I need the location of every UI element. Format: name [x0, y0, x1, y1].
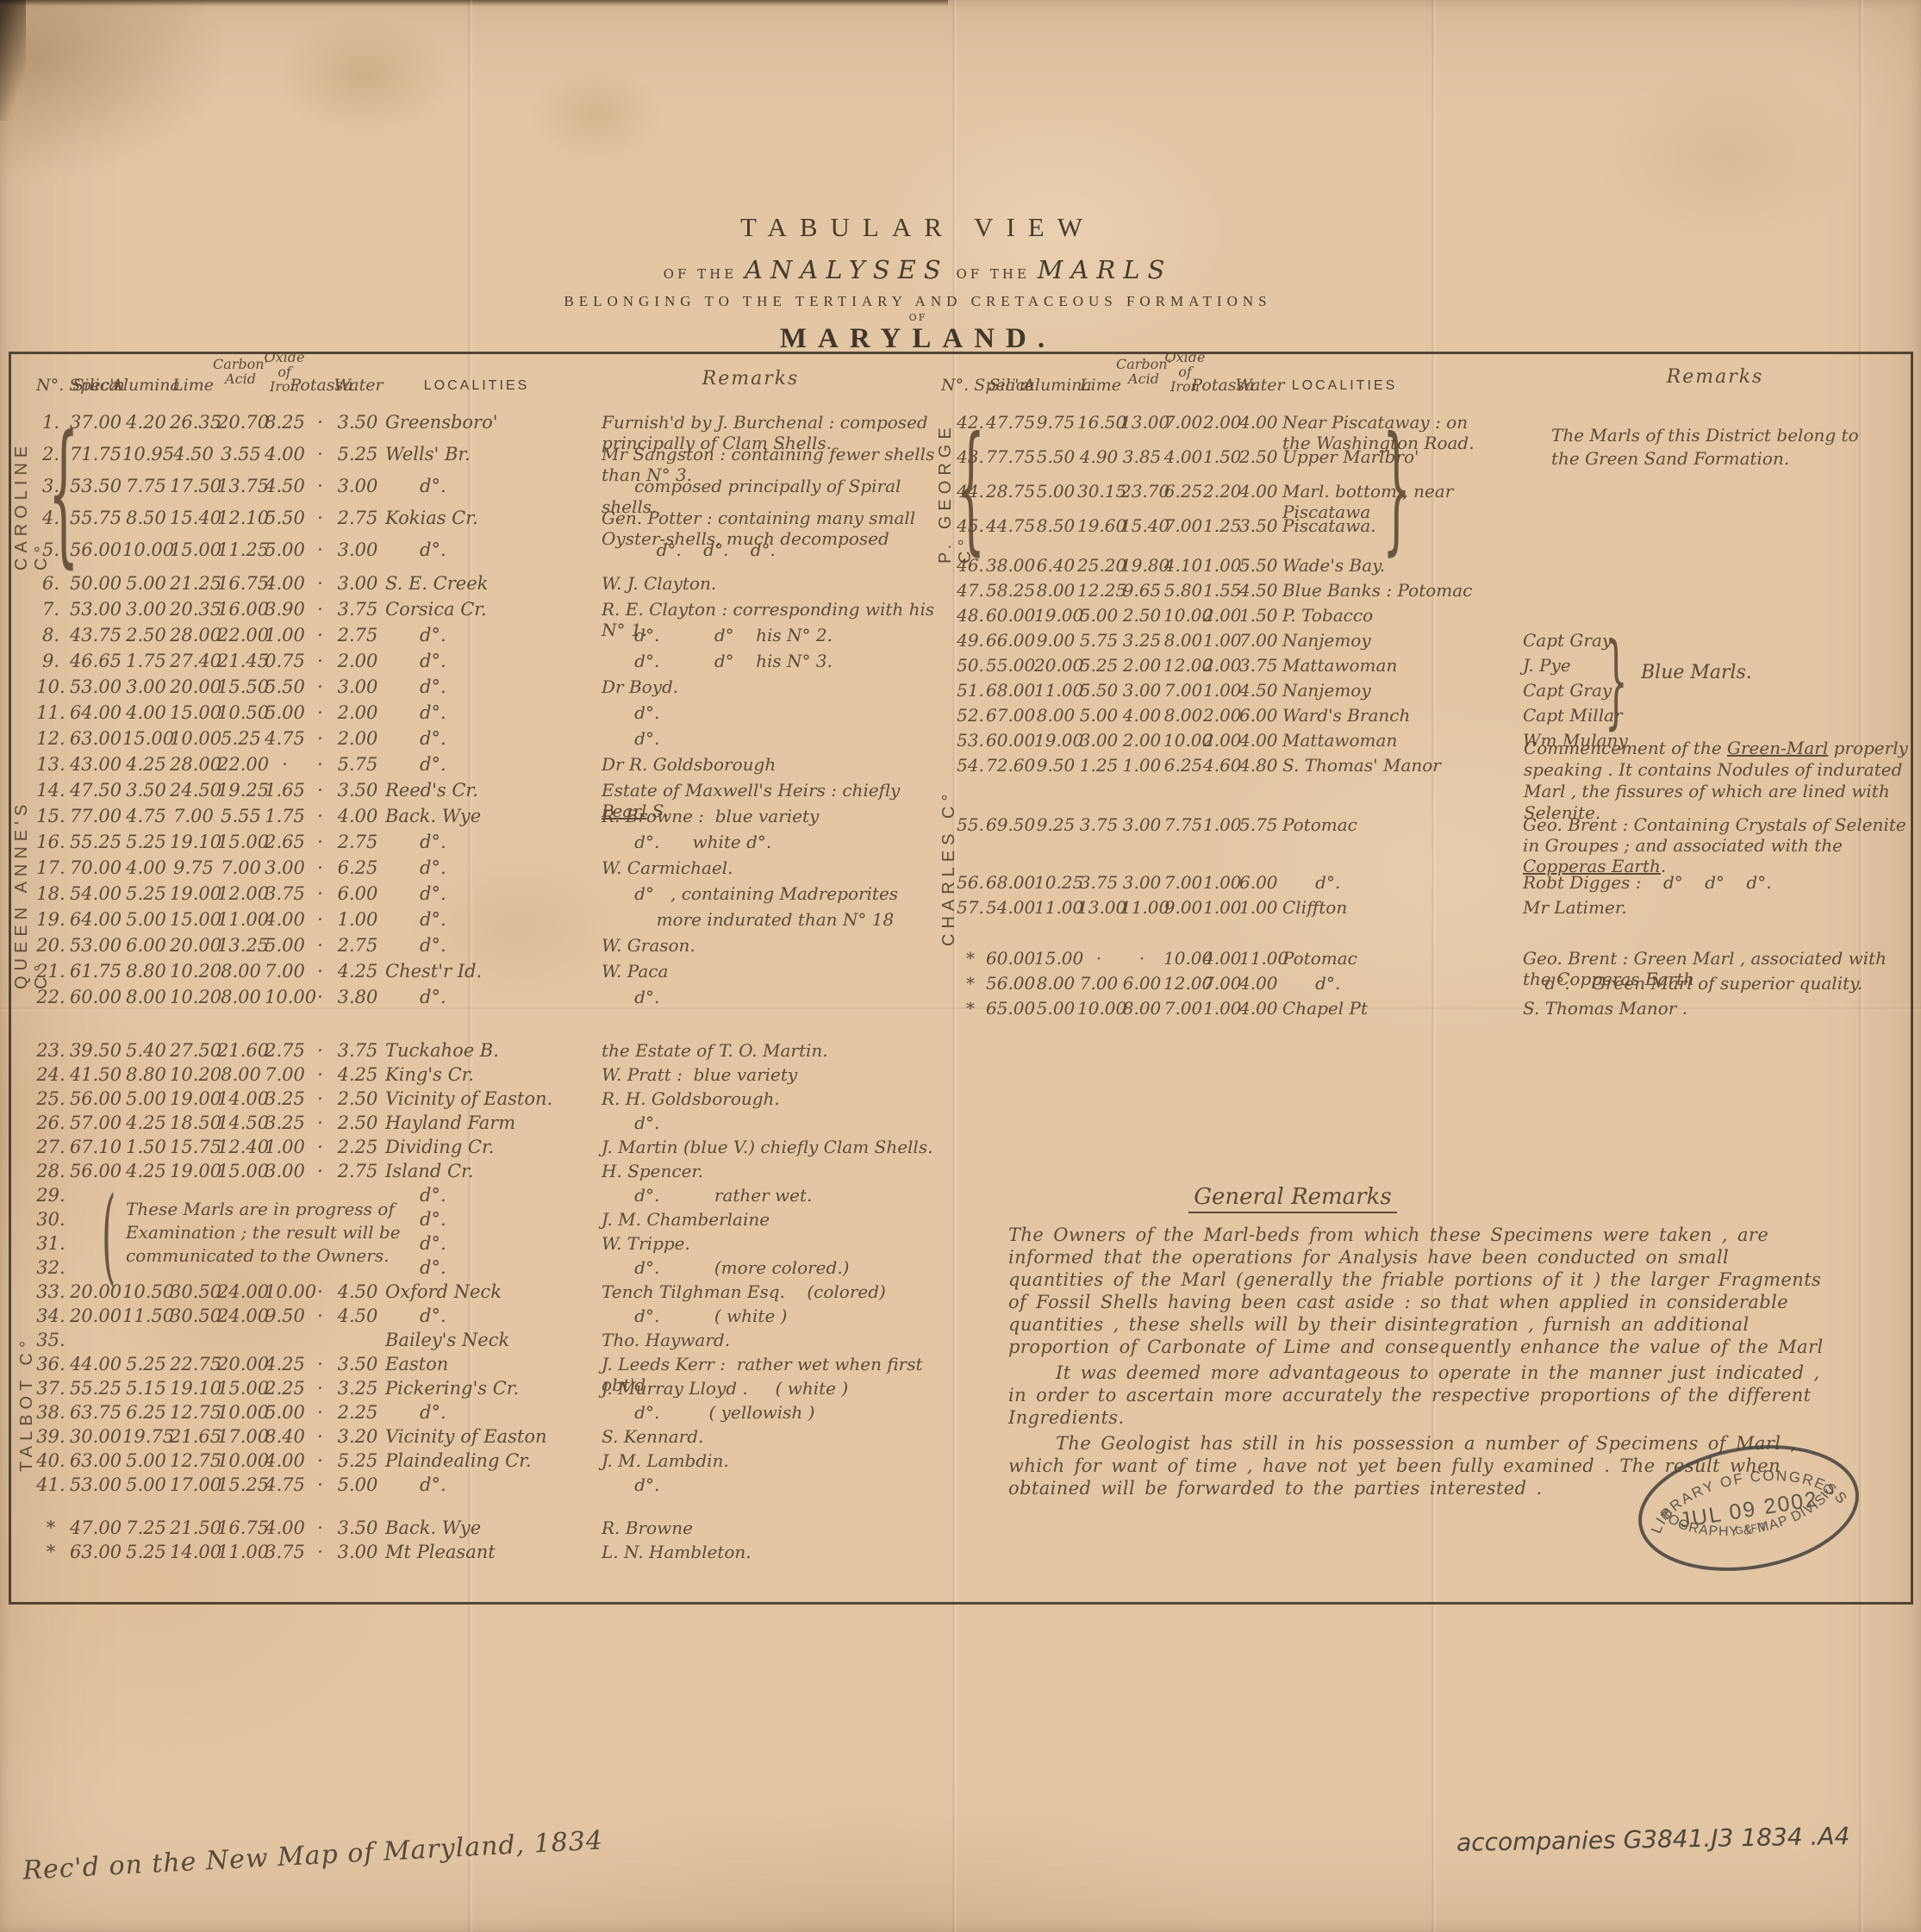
cell-lime: 10.20 [170, 961, 217, 982]
cell-silica: 70.00 [69, 857, 122, 878]
table-row: 13.43.004.2528.0022.00··5.75 d°.Dr R. Go… [33, 754, 946, 780]
cell-acid: 11.00 [217, 909, 265, 930]
cell-iron: 7.00 [1163, 680, 1203, 701]
cell-iron: 3.75 [265, 1542, 305, 1562]
cell-iron: 3.25 [265, 1112, 305, 1133]
cell-lime: 9.75 [170, 857, 217, 878]
cell-remark: d°. [574, 1112, 946, 1133]
cell-no: 46. [955, 555, 986, 576]
cell-silica: 28.75 [986, 481, 1034, 502]
cell-silica: 55.75 [69, 508, 122, 528]
cell-iron: 5.80 [1163, 580, 1203, 601]
general-remarks-p1: The Owners of the Marl-beds from which t… [1008, 1224, 1832, 1358]
cell-potassa: · [305, 1450, 335, 1471]
cell-remark: J. Martin (blue V.) chiefly Clam Shells. [574, 1137, 946, 1157]
cell-alumina: 5.00 [122, 1474, 170, 1495]
cell-potassa: · [305, 1137, 335, 1157]
cell-iron: 3.00 [265, 857, 305, 878]
cell-acid: 3.85 [1120, 446, 1163, 467]
cell-alumina: 10.95 [122, 444, 170, 464]
cell-no: 31. [33, 1233, 69, 1254]
page-subtitle-2: BELONGING TO THE TERTIARY AND CRETACEOUS… [358, 293, 1478, 310]
cell-alumina: 5.40 [122, 1040, 170, 1061]
cell-no: 5. [33, 539, 69, 560]
cell-acid: 8.00 [217, 961, 265, 982]
cell-remark: R. H. Goldsborough. [574, 1088, 946, 1109]
cell-iron: 10.00 [1163, 730, 1203, 751]
cell-iron: 10.00 [265, 987, 305, 1007]
cell-alumina: 4.00 [122, 857, 170, 878]
cell-iron: 2.25 [265, 1378, 305, 1399]
cell-acid: 21.60 [217, 1040, 265, 1061]
green-sand-note: The Marls of this District belong to the… [1551, 424, 1879, 471]
cell-silica: 43.75 [69, 625, 122, 645]
cell-silica: 60.00 [986, 605, 1034, 626]
cell-silica: 54.00 [986, 897, 1034, 918]
cell-silica: 43.00 [69, 754, 122, 775]
cell-no: 13. [33, 754, 69, 775]
table-row: 5.56.0010.0015.0011.255.00·3.00 d°. d°. … [33, 539, 946, 571]
cell-alumina: 6.25 [122, 1402, 170, 1423]
cell-iron: 1.65 [265, 780, 305, 801]
cell-lime: 20.00 [170, 935, 217, 956]
cell-iron: 4.00 [265, 573, 305, 594]
cell-alumina: 5.25 [122, 832, 170, 852]
cell-no: 41. [33, 1474, 69, 1495]
cell-locality: Blue Banks : Potomac [1277, 580, 1475, 601]
cell-remark: Tho. Hayward. [574, 1330, 946, 1350]
table-row: 36.44.005.2522.7520.004.25·3.50EastonJ. … [33, 1354, 946, 1378]
cell-iron: 8.00 [1163, 630, 1203, 651]
cell-potassa: 1.55 [1203, 580, 1239, 601]
cell-water: 2.25 [335, 1137, 380, 1157]
cell-potassa: · [305, 832, 335, 852]
table-row: 51.68.0011.005.503.007.001.004.50Nanjemo… [955, 680, 1910, 705]
table-row: 2.71.7510.954.503.554.00·5.25Wells' Br.M… [33, 444, 946, 476]
cell-silica: 77.00 [69, 806, 122, 826]
cell-alumina: 9.00 [1034, 630, 1077, 651]
cell-water: 4.25 [335, 1064, 380, 1085]
cell-water: 2.75 [335, 935, 380, 956]
cell-locality: d°. [380, 702, 574, 723]
cell-lime: 20.00 [170, 676, 217, 697]
table-row: 19.64.005.0015.0011.004.00·1.00 d°. more… [33, 909, 946, 935]
cell-silica: 66.00 [986, 630, 1034, 651]
general-remarks-heading: General Remarks [1163, 1184, 1422, 1210]
cell-silica: 61.75 [69, 961, 122, 982]
cell-acid: 15.00 [217, 1161, 265, 1181]
cell-lime: 18.50 [170, 1112, 217, 1133]
cell-silica: 47.75 [986, 412, 1034, 433]
cell-remark: W. Paca [574, 961, 946, 982]
table-row: 28.56.004.2519.0015.003.00·2.75Island Cr… [33, 1161, 946, 1185]
cell-acid: 12.10 [217, 508, 265, 528]
cell-water: 4.00 [335, 806, 380, 826]
table-row: 23.39.505.4027.5021.602.75·3.75Tuckahoe … [33, 1040, 946, 1064]
cell-potassa: · [305, 508, 335, 528]
cell-locality: S. Thomas' Manor [1277, 755, 1475, 776]
cell-no: 3. [33, 476, 69, 496]
cell-acid: 8.00 [217, 987, 265, 1007]
cell-silica: 71.75 [69, 444, 122, 464]
cell-silica: 72.60 [986, 755, 1034, 776]
cell-acid: 20.00 [217, 1354, 265, 1374]
cell-lime: 1.25 [1077, 755, 1120, 776]
cell-alumina: 10.25 [1034, 872, 1077, 893]
table-row: 12.63.0015.0010.005.254.75·2.00 d°. d°. [33, 728, 946, 754]
cell-water: 6.00 [335, 883, 380, 904]
cell-alumina: 8.50 [122, 508, 170, 528]
cell-iron: 8.40 [265, 1426, 305, 1447]
cell-water: 1.50 [1239, 605, 1277, 626]
cell-no: 39. [33, 1426, 69, 1447]
cell-acid: 10.50 [217, 702, 265, 723]
cell-no: 50. [955, 655, 986, 676]
cell-locality: d°. [380, 832, 574, 852]
cell-lime: 27.40 [170, 651, 217, 671]
cell-iron: 6.25 [1163, 481, 1203, 502]
cell-alumina: 15.00 [122, 728, 170, 749]
table-row: 26.57.004.2518.5014.503.25·2.50Hayland F… [33, 1112, 946, 1137]
cell-iron: 4.00 [265, 909, 305, 930]
cell-alumina: 2.50 [122, 625, 170, 645]
cell-potassa: · [305, 476, 335, 496]
cell-acid: 11.00 [217, 1542, 265, 1562]
cell-remark: d°. rather wet. [574, 1185, 946, 1206]
cell-locality: King's Cr. [380, 1064, 574, 1085]
table-group: 23.39.505.4027.5021.602.75·3.75Tuckahoe … [33, 1040, 946, 1499]
cell-lime: 7.00 [170, 806, 217, 826]
cell-no: 36. [33, 1354, 69, 1374]
cell-potassa: · [305, 651, 335, 671]
table-row: *47.007.2521.5016.754.00·3.50Back. WyeR.… [33, 1518, 946, 1542]
table-row: 38.63.756.2512.7510.005.00·2.25 d°. d°. … [33, 1402, 946, 1426]
cell-acid: 8.00 [217, 1064, 265, 1085]
progress-note: These Marls are in progress of Examinati… [126, 1198, 505, 1268]
cell-silica: 60.00 [986, 730, 1034, 751]
cell-water: 5.00 [335, 1474, 380, 1495]
cell-no: 1. [33, 412, 69, 433]
cell-potassa: · [305, 1518, 335, 1538]
cell-silica: 67.10 [69, 1137, 122, 1157]
cell-silica: 54.00 [69, 883, 122, 904]
table-row: 56.68.0010.253.753.007.001.006.00 d°.Rob… [955, 872, 1910, 897]
table-row: 35.Bailey's NeckTho. Hayward. [33, 1330, 946, 1354]
cell-no: 38. [33, 1402, 69, 1423]
cell-water: 11.00 [1239, 948, 1277, 969]
cell-potassa: · [305, 909, 335, 930]
cell-silica: 63.00 [69, 728, 122, 749]
cell-water: 4.00 [1239, 998, 1277, 1019]
cell-potassa: · [305, 780, 335, 801]
cell-potassa: · [305, 1281, 335, 1302]
cell-remark: d°. ( yellowish ) [574, 1402, 946, 1423]
cell-potassa: 1.00 [1203, 897, 1239, 918]
cell-no: 54. [955, 755, 986, 776]
page-title: TABULAR VIEW [358, 212, 1478, 243]
cell-alumina: 5.00 [1034, 481, 1077, 502]
cell-locality: Dividing Cr. [380, 1137, 574, 1157]
cell-acid: 1.00 [1120, 755, 1163, 776]
cell-no: 4. [33, 508, 69, 528]
cell-locality: Hayland Farm [380, 1112, 574, 1133]
cell-no: 7. [33, 599, 69, 620]
table-row: 34.20.0011.5030.5024.009.50·4.50 d°. d°.… [33, 1306, 946, 1330]
cell-locality: Bailey's Neck [380, 1330, 574, 1350]
cell-iron: 2.75 [265, 1040, 305, 1061]
cell-no: 23. [33, 1040, 69, 1061]
cell-iron: 4.00 [265, 1518, 305, 1538]
cell-iron: 8.00 [1163, 705, 1203, 726]
cell-acid: · [1120, 948, 1163, 969]
cell-locality: Upper Marlbro' [1277, 446, 1475, 467]
table-row: 39.30.0019.7521.6517.008.40·3.20Vicinity… [33, 1426, 946, 1450]
cell-potassa: 1.25 [1203, 515, 1239, 536]
cell-no: 9. [33, 651, 69, 671]
cell-potassa: 1.00 [1203, 872, 1239, 893]
cell-lime: 16.50 [1077, 412, 1120, 433]
cell-lime: 19.10 [170, 832, 217, 852]
cell-locality: d°. [380, 935, 574, 956]
cell-potassa: · [305, 987, 335, 1007]
cell-silica: 56.00 [69, 539, 122, 560]
cell-locality: Tuckahoe B. [380, 1040, 574, 1061]
table-group: *60.0015.00··10.004.0011.00PotomacGeo. B… [955, 948, 1910, 1023]
cell-iron: 4.00 [265, 444, 305, 464]
cell-potassa: · [305, 1354, 335, 1374]
cell-acid: 7.00 [217, 857, 265, 878]
cell-water: 7.00 [1239, 630, 1277, 651]
cell-alumina: 11.00 [1034, 680, 1077, 701]
cell-locality: Wells' Br. [380, 444, 574, 464]
cell-water: 2.50 [1239, 446, 1277, 467]
cell-lime: 10.00 [1077, 998, 1120, 1019]
cell-locality: d°. [380, 539, 574, 560]
cell-iron: 4.00 [265, 1450, 305, 1471]
cell-no: 2. [33, 444, 69, 464]
title-block: TABULAR VIEW OF THE ANALYSES OF THE MARL… [358, 212, 1478, 355]
cell-potassa: · [305, 702, 335, 723]
cell-lime: 4.50 [170, 444, 217, 464]
table-row: 17.70.004.009.757.003.00·6.25 d°.W. Carm… [33, 857, 946, 883]
cell-locality: Back. Wye [380, 806, 574, 826]
cell-alumina: 19.00 [1034, 730, 1077, 751]
cell-alumina: 5.25 [122, 1354, 170, 1374]
cell-silica: 68.00 [986, 872, 1034, 893]
cell-silica: 47.50 [69, 780, 122, 801]
cell-remark: more indurated than N° 18 [574, 909, 946, 930]
cell-potassa: 1.00 [1203, 555, 1239, 576]
cell-iron: · [265, 754, 305, 775]
cell-locality: Chapel Pt [1277, 998, 1475, 1019]
cell-acid: 16.75 [217, 573, 265, 594]
table-row: 52.67.008.005.004.008.002.006.00Ward's B… [955, 705, 1910, 730]
cell-silica: 60.00 [986, 948, 1034, 969]
cell-water: 6.25 [335, 857, 380, 878]
cell-water: 3.50 [335, 412, 380, 433]
cell-water: 2.00 [335, 702, 380, 723]
cell-remark: d°. [574, 1474, 946, 1495]
cell-lime: 21.50 [170, 1518, 217, 1538]
cell-locality: Island Cr. [380, 1161, 574, 1181]
table-row: 48.60.0019.005.002.5010.002.001.50P. Tob… [955, 605, 1910, 630]
cell-water: 3.50 [335, 1354, 380, 1374]
cell-no: 8. [33, 625, 69, 645]
cell-potassa: · [305, 1474, 335, 1495]
cell-acid: 15.50 [217, 676, 265, 697]
cell-remark: Dr Boyd. [574, 676, 946, 697]
cell-alumina: 4.25 [122, 754, 170, 775]
cell-silica: 39.50 [69, 1040, 122, 1061]
cell-silica: 46.65 [69, 651, 122, 671]
cell-no: 47. [955, 580, 986, 601]
cell-lime: 15.75 [170, 1137, 217, 1157]
cell-potassa: 2.00 [1203, 655, 1239, 676]
cell-locality: Plaindealing Cr. [380, 1450, 574, 1471]
cell-remark: R. Browne [574, 1518, 946, 1538]
cell-acid: 16.75 [217, 1518, 265, 1538]
analyses-table-left: 1.37.004.2026.3520.708.25·3.50Greensboro… [33, 412, 946, 1566]
table-row: 46.38.006.4025.2019.804.101.005.50Wade's… [955, 555, 1910, 580]
cell-no: * [955, 973, 986, 994]
header-alumina: Alumina [111, 377, 180, 394]
cell-iron: 3.90 [265, 599, 305, 620]
cell-locality: d°. [380, 1402, 574, 1423]
cell-silica: 53.00 [69, 935, 122, 956]
cell-locality: P. Tobacco [1277, 605, 1475, 626]
cell-water: 4.50 [335, 1281, 380, 1302]
cell-silica: 55.25 [69, 1378, 122, 1399]
cell-water: 3.00 [335, 1542, 380, 1562]
cell-water: 2.50 [335, 1088, 380, 1109]
cell-locality: Back. Wye [380, 1518, 574, 1538]
cell-alumina: 5.00 [122, 1450, 170, 1471]
cell-remark: Capt Millar [1475, 705, 1910, 726]
pencil-note-bottom-right: accompanies G3841.J3 1834 .A4 [1456, 1822, 1850, 1857]
cell-no: 30. [33, 1209, 69, 1230]
cell-iron: 4.50 [265, 476, 305, 496]
cell-alumina: 8.80 [122, 1064, 170, 1085]
table-row: *65.005.0010.008.007.001.004.00Chapel Pt… [955, 998, 1910, 1023]
cell-alumina: 9.25 [1034, 814, 1077, 835]
cell-water: 4.00 [1239, 973, 1277, 994]
cell-alumina: 5.00 [122, 573, 170, 594]
cell-locality: Reed's Cr. [380, 780, 574, 801]
cell-lime: 10.00 [170, 728, 217, 749]
cell-silica: 58.25 [986, 580, 1034, 601]
document-sheet: TABULAR VIEW OF THE ANALYSES OF THE MARL… [0, 0, 1921, 1932]
cell-remark: d°. [574, 702, 946, 723]
cell-water: 5.75 [1239, 814, 1277, 835]
cell-acid: 3.00 [1120, 814, 1163, 835]
cell-acid: 10.00 [217, 1450, 265, 1471]
cell-locality: Mattawoman [1277, 655, 1475, 676]
cell-acid: 5.55 [217, 806, 265, 826]
cell-no: 52. [955, 705, 986, 726]
cell-acid: 11.25 [217, 539, 265, 560]
cell-locality: Potomac [1277, 814, 1475, 835]
table-row: 44.28.755.0030.1523.706.252.204.00Marl. … [955, 481, 1910, 515]
cell-water: 3.50 [335, 1518, 380, 1538]
cell-no: 45. [955, 515, 986, 536]
cell-alumina: 8.00 [1034, 580, 1077, 601]
cell-potassa: 4.00 [1203, 948, 1239, 969]
cell-no: 34. [33, 1306, 69, 1326]
cell-acid: 12.00 [217, 883, 265, 904]
cell-alumina: 5.15 [122, 1378, 170, 1399]
cell-potassa: · [305, 676, 335, 697]
cell-potassa: · [305, 961, 335, 982]
cell-remark: W. Pratt : blue variety [574, 1064, 946, 1085]
cell-no: 10. [33, 676, 69, 697]
cell-iron: 5.50 [265, 508, 305, 528]
table-row: 57.54.0011.0013.0011.009.001.001.00Cliff… [955, 897, 1910, 922]
cell-acid: 12.40 [217, 1137, 265, 1157]
table-row: 18.54.005.2519.0012.003.75·6.00 d°. d° ,… [33, 883, 946, 909]
cell-water: 3.75 [1239, 655, 1277, 676]
cell-silica: 44.00 [69, 1354, 122, 1374]
cell-locality: Oxford Neck [380, 1281, 574, 1302]
cell-remark: J. M. Lambdin. [574, 1450, 946, 1471]
cell-lime: 28.00 [170, 625, 217, 645]
cell-locality: d°. [380, 1474, 574, 1495]
header-localities: LOCALITIES [1292, 377, 1397, 394]
cell-acid: 15.00 [217, 832, 265, 852]
cell-potassa: · [305, 754, 335, 775]
cell-iron: 7.00 [265, 1064, 305, 1085]
cell-locality: d°. [380, 857, 574, 878]
cell-locality: S. E. Creek [380, 573, 574, 594]
cell-lime: 10.20 [170, 1064, 217, 1085]
cell-lime: 19.00 [170, 883, 217, 904]
cell-potassa: · [305, 883, 335, 904]
cell-alumina: 8.50 [1034, 515, 1077, 536]
cell-water: 4.50 [335, 1306, 380, 1326]
cell-iron: 9.00 [1163, 897, 1203, 918]
page-subtitle-3: OF [358, 312, 1478, 323]
cell-lime: 13.00 [1077, 897, 1120, 918]
cell-potassa: · [305, 539, 335, 560]
pencil-note-bottom-left: Rec'd on the New Map of Maryland, 1834 [22, 1825, 604, 1885]
cell-locality: d°. [380, 728, 574, 749]
cell-potassa: · [305, 1378, 335, 1399]
cell-lime: 15.00 [170, 539, 217, 560]
cell-no: * [955, 998, 986, 1019]
cell-alumina: 8.80 [122, 961, 170, 982]
cell-locality: Vicinity of Easton. [380, 1088, 574, 1109]
cell-remark: J. M. Chamberlaine [574, 1209, 946, 1230]
cell-locality: Piscatawa. [1277, 515, 1475, 536]
table-row: 50.55.0020.005.252.0012.002.003.75Mattaw… [955, 655, 1910, 680]
cell-alumina: 15.00 [1034, 948, 1077, 969]
table-row: 1.37.004.2026.3520.708.25·3.50Greensboro… [33, 412, 946, 444]
cell-silica: 47.00 [69, 1518, 122, 1538]
cell-alumina: 8.00 [1034, 705, 1077, 726]
general-remarks-p2: It was deemed more advantageous to opera… [1008, 1362, 1832, 1429]
blue-marls-label: Blue Marls. [1641, 662, 1752, 683]
table-row: 45.44.758.5019.6015.407.001.253.50Piscat… [955, 515, 1910, 550]
header-remarks: Remarks [1667, 369, 1764, 385]
cell-potassa: 1.50 [1203, 446, 1239, 467]
cell-acid: 3.00 [1120, 680, 1163, 701]
cell-potassa: · [305, 857, 335, 878]
cell-potassa: · [305, 573, 335, 594]
cell-acid: 19.80 [1120, 555, 1163, 576]
cell-locality: Mt Pleasant [380, 1542, 574, 1562]
cell-no: 11. [33, 702, 69, 723]
table-row: 11.64.004.0015.0010.505.00·2.00 d°. d°. [33, 702, 946, 728]
cell-no: 57. [955, 897, 986, 918]
